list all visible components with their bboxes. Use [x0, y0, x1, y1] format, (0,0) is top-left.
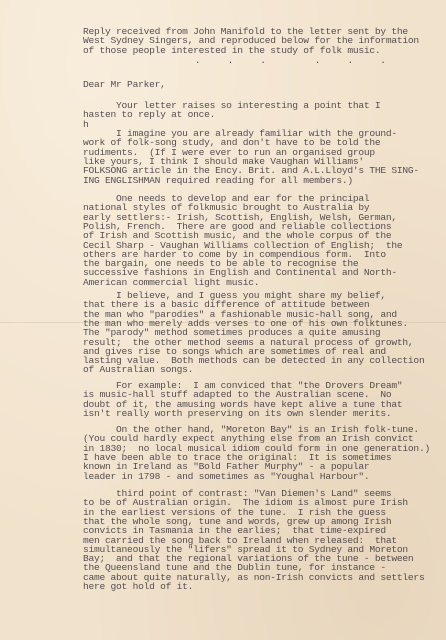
paragraph-line: American commercial light music.: [83, 278, 259, 287]
paragraph-line: here got hold of it.: [83, 582, 193, 591]
header-line: of those people interested in the study …: [83, 46, 380, 55]
paragraph-line: hasten to reply at once.: [83, 110, 215, 119]
typewritten-letter-page: Reply received from John Manifold to the…: [0, 0, 446, 640]
paragraph-line: of Australian songs.: [83, 365, 193, 374]
salutation: Dear Mr Parker,: [83, 80, 166, 89]
paragraph-line: leader in 1798 - and sometimes as "Yough…: [83, 472, 369, 481]
paragraph-line: ING ENGLISHMAN required reading for all …: [83, 176, 353, 185]
paragraph-line: isn't really worth preserving on its own…: [83, 409, 391, 418]
separator-dots: . . . . . .: [195, 56, 391, 66]
